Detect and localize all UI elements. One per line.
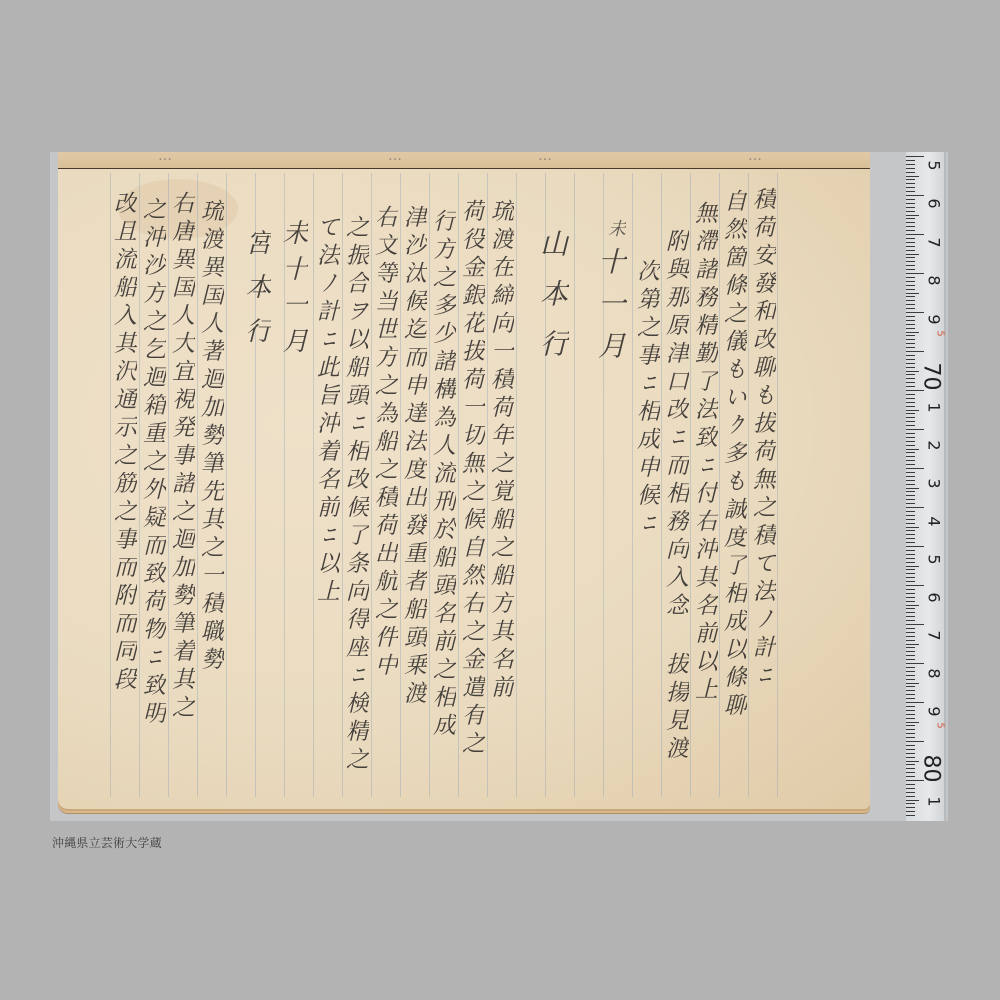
- ruler-tick: [906, 690, 915, 691]
- ruler-tick: [906, 437, 915, 438]
- ruler-tick: [906, 441, 915, 442]
- ruler-tick: [906, 160, 915, 161]
- ruler-tick: [906, 811, 915, 812]
- ruler-tick: [906, 585, 924, 586]
- ruler-tick: [906, 624, 924, 625]
- ruler-label: 4: [925, 512, 944, 532]
- ruler-label: 2: [925, 436, 944, 456]
- ruler-label: 7: [925, 626, 944, 646]
- ruler-tick: [906, 573, 915, 574]
- ruler-tick: [906, 710, 915, 711]
- manuscript-date: 未十一月: [280, 219, 306, 363]
- ruler-tick: [906, 644, 919, 645]
- ruler-tick: [906, 476, 915, 477]
- ruler-tick: [906, 215, 919, 216]
- ruler-tick: [906, 335, 915, 336]
- ruler-tick: [906, 488, 919, 489]
- ruler-tick: [906, 667, 915, 668]
- ruler-tick: [906, 308, 915, 309]
- ruler-tick: [906, 714, 915, 715]
- ruler-tick: [906, 277, 915, 278]
- ruler-tick: [906, 402, 915, 403]
- ruler-tick: [906, 168, 915, 169]
- ruler-label: 8: [925, 271, 944, 291]
- ruler-tick: [906, 207, 915, 208]
- ruler-tick: [906, 199, 915, 200]
- ruler-tick: [906, 620, 915, 621]
- ruler-red-mark: 5: [935, 716, 946, 736]
- ruler-tick: [906, 273, 924, 274]
- ruler-tick: [906, 722, 919, 723]
- ruler-tick: [906, 312, 924, 313]
- ruler-tick: [906, 456, 915, 457]
- previous-page-fragment: …: [388, 152, 402, 164]
- ruler-tick: [906, 289, 915, 290]
- ruler-tick: [906, 597, 915, 598]
- ruler-tick: [906, 328, 915, 329]
- ruler-tick: [906, 788, 915, 789]
- ruler-tick: [906, 211, 915, 212]
- manuscript-column: 改且流船入其沢通示之筋之事而附而同段: [111, 191, 134, 806]
- ruler-tick: [906, 628, 915, 629]
- ruler-tick: [906, 745, 915, 746]
- ruler-tick: [906, 566, 919, 567]
- previous-page-fragment: …: [748, 152, 762, 164]
- ruler-tick: [906, 792, 915, 793]
- ruler-tick: [906, 702, 924, 703]
- manuscript-column: 琉渡在締向一積荷年之覚船之船方其名前: [488, 199, 511, 799]
- previous-page-edge: … … … …: [58, 152, 870, 170]
- ruler-tick: [906, 542, 915, 543]
- ruler-tick: [906, 183, 915, 184]
- ruler-tick: [906, 347, 915, 348]
- ruler-tick: [906, 425, 915, 426]
- ruler-tick: [906, 452, 915, 453]
- ruler-tick: [906, 753, 915, 754]
- ruler-label: 5: [925, 156, 944, 176]
- ruler-tick: [906, 429, 924, 430]
- ruler-tick: [906, 737, 915, 738]
- ruler-tick: [906, 546, 924, 547]
- ruler-label: 5: [925, 550, 944, 570]
- ruler-tick: [906, 605, 919, 606]
- ruler-tick: [906, 226, 915, 227]
- ruler-tick: [906, 359, 915, 360]
- ruler-tick: [906, 371, 919, 372]
- previous-page-fragment: …: [158, 152, 172, 164]
- manuscript-column: 次第之事ﾆ相成申候ﾆ: [634, 259, 657, 559]
- ruler-tick: [906, 807, 915, 808]
- ruler-tick: [906, 179, 915, 180]
- ruler-tick: [906, 269, 915, 270]
- ruler-label: 80: [919, 755, 944, 775]
- previous-page-fragment: …: [538, 152, 552, 164]
- ruler-tick: [906, 558, 915, 559]
- ruler-tick: [906, 538, 915, 539]
- ruler-tick: [906, 776, 915, 777]
- ruler-tick: [906, 511, 915, 512]
- ruler-tick: [906, 663, 924, 664]
- manuscript-column: 無滯諸務精勤了法致ﾆ付右沖其名前以上: [692, 201, 715, 801]
- ruler-tick: [906, 589, 915, 590]
- ruler-tick: [906, 445, 915, 446]
- ruler-label: 1: [925, 792, 944, 812]
- measuring-ruler: 5 6 7 8 9 5 70 1 2 3 4 5 6 7 8 9 5 80 1: [906, 152, 946, 821]
- manuscript-column: 之振合ヲ以船頭ﾆ相改候了条向得座ﾆ検精之: [343, 215, 366, 805]
- ruler-tick: [906, 671, 915, 672]
- ruler-tick: [906, 608, 915, 609]
- ruler-tick: [906, 472, 915, 473]
- ruler-tick: [906, 655, 915, 656]
- ruler-tick: [906, 281, 915, 282]
- ruler-tick: [906, 780, 924, 781]
- ruler-tick: [906, 519, 915, 520]
- ruler-tick: [906, 164, 915, 165]
- ruler-tick: [906, 433, 915, 434]
- ruler-tick: [906, 398, 915, 399]
- ruler-tick: [906, 562, 915, 563]
- manuscript-date-month: 十一月: [596, 247, 624, 373]
- ruler-tick: [906, 550, 915, 551]
- manuscript-column: 津沙汰候迄而申達法度出發重者船頭乗渡: [401, 205, 424, 795]
- ruler-tick: [906, 413, 915, 414]
- manuscript-column: 行方之多少諸構為人流刑於船頭名前之相成: [430, 209, 453, 799]
- ruler-tick: [906, 601, 915, 602]
- manuscript-column: て法ﾉ計ﾆ此旨沖着名前ﾆ以上: [314, 215, 337, 635]
- ruler-tick: [906, 218, 915, 219]
- ruler-tick: [906, 815, 915, 816]
- ruler-tick: [906, 534, 915, 535]
- manuscript-column: 積荷安發和改聊も拔荷無之積て法ﾉ計ﾆ: [750, 187, 773, 797]
- ruler-tick: [906, 460, 915, 461]
- ruler-tick: [906, 636, 915, 637]
- ruler-tick: [906, 577, 915, 578]
- ruler-tick: [906, 729, 915, 730]
- manuscript-addressee: 山本行: [538, 229, 566, 379]
- ruler-tick: [906, 495, 915, 496]
- ruler-tick: [906, 612, 915, 613]
- ruler-tick: [906, 367, 915, 368]
- ruler-tick: [906, 250, 915, 251]
- ruler-label: 70: [919, 363, 944, 383]
- ruler-tick: [906, 741, 924, 742]
- ruler-tick: [906, 784, 915, 785]
- ruler-tick: [906, 343, 915, 344]
- ruler-tick: [906, 480, 915, 481]
- ruler-tick: [906, 800, 919, 801]
- ruler-tick: [906, 421, 915, 422]
- ruler-tick: [906, 191, 915, 192]
- ruler-tick: [906, 686, 915, 687]
- ruler-tick: [906, 300, 915, 301]
- ruler-tick: [906, 698, 915, 699]
- ruler-tick: [906, 254, 919, 255]
- ruler-tick: [906, 304, 915, 305]
- ruler-tick: [906, 468, 924, 469]
- ruler-tick: [906, 761, 919, 762]
- ruler-tick: [906, 285, 915, 286]
- ruler-tick: [906, 772, 915, 773]
- ruler-tick: [906, 374, 915, 375]
- ruler-tick: [906, 406, 915, 407]
- ruler-tick: [906, 222, 915, 223]
- ruler-tick: [906, 640, 915, 641]
- ruler-tick: [906, 659, 915, 660]
- ruler-tick: [906, 246, 915, 247]
- ruler-tick: [906, 386, 915, 387]
- ruler-tick: [906, 293, 919, 294]
- manuscript-column: 之沖沙方之乞迴箱重之外疑而致荷物ﾆ致明: [140, 197, 163, 807]
- manuscript-page: 積荷安發和改聊も拔荷無之積て法ﾉ計ﾆ 自然箇條之儀もいｸ多も誠度了相成以條聊 無…: [58, 169, 870, 809]
- ruler-tick: [906, 316, 915, 317]
- ruler-label: 3: [925, 474, 944, 494]
- ruler-tick: [906, 651, 915, 652]
- ruler-tick: [906, 803, 915, 804]
- ruler-tick: [906, 632, 915, 633]
- ruler-tick: [906, 172, 915, 173]
- ruler-tick: [906, 238, 915, 239]
- manuscript-addressee: 宮本行: [243, 229, 269, 361]
- ruler-tick: [906, 351, 924, 352]
- ruler-tick: [906, 464, 915, 465]
- ruler-tick: [906, 768, 915, 769]
- ruler-tick: [906, 234, 924, 235]
- manuscript-column: 右文等当世方之為船之積荷出航之件中: [372, 205, 395, 795]
- ruler-tick: [906, 503, 915, 504]
- ruler-tick: [906, 324, 915, 325]
- ruler-label: 6: [925, 194, 944, 214]
- ruler-tick: [906, 757, 915, 758]
- manuscript-column: 荷役金銀花拔荷一切無之候自然右之金遣有之: [459, 199, 482, 799]
- ruler-tick: [906, 410, 919, 411]
- ruler-tick: [906, 265, 915, 266]
- ruler-tick: [906, 718, 915, 719]
- ruler-tick: [906, 156, 924, 157]
- ruler-tick: [906, 725, 915, 726]
- ruler-tick: [906, 382, 915, 383]
- ruler-tick: [906, 527, 919, 528]
- ruler-label: 7: [925, 233, 944, 253]
- ruler-tick: [906, 507, 924, 508]
- collection-credit: 沖縄県立芸術大学蔵: [52, 834, 162, 851]
- ruler-tick: [906, 616, 915, 617]
- ruler-tick: [906, 203, 915, 204]
- manuscript-column: 自然箇條之儀もいｸ多も誠度了相成以條聊: [721, 189, 744, 799]
- ruler-tick: [906, 363, 915, 364]
- ruler-tick: [906, 647, 915, 648]
- ruler-label: 6: [925, 588, 944, 608]
- ruler-tick: [906, 176, 919, 177]
- ruler-tick: [906, 581, 915, 582]
- ruler-tick: [906, 242, 915, 243]
- ruler-tick: [906, 195, 924, 196]
- ruler-tick: [906, 320, 915, 321]
- ruler-tick: [906, 749, 915, 750]
- ruler-tick: [906, 187, 915, 188]
- ruler-tick: [906, 515, 915, 516]
- manuscript-date-year: 未: [606, 219, 624, 242]
- ruler-tick: [906, 675, 915, 676]
- ruler-tick: [906, 378, 915, 379]
- ruler-tick: [906, 491, 915, 492]
- ruler-tick: [906, 257, 915, 258]
- ruler-red-mark: 5: [935, 324, 946, 344]
- ruler-tick: [906, 796, 915, 797]
- ruler-tick: [906, 679, 915, 680]
- ruler-tick: [906, 449, 919, 450]
- ruler-label: 1: [925, 398, 944, 418]
- ruler-tick: [906, 530, 915, 531]
- ruler-tick: [906, 355, 915, 356]
- manuscript-column: 琉渡異国人著迴加勢筆先其之一積職勢: [198, 199, 221, 809]
- ruler-tick: [906, 339, 915, 340]
- ruler-tick: [906, 261, 915, 262]
- ruler-tick: [906, 683, 919, 684]
- ruler-tick: [906, 394, 915, 395]
- ruler-tick: [906, 694, 915, 695]
- ruler-tick: [906, 296, 915, 297]
- ruler-tick: [906, 733, 915, 734]
- ruler-tick: [906, 332, 919, 333]
- ruler-tick: [906, 706, 915, 707]
- ruler-tick: [906, 390, 924, 391]
- ruler-tick: [906, 499, 915, 500]
- manuscript-column: 右唐異国人大宜視発事諸之迴加勢筆着其之: [169, 191, 192, 806]
- ruler-tick: [906, 569, 915, 570]
- ruler-tick: [906, 593, 915, 594]
- ruler-tick: [906, 417, 915, 418]
- ruler-tick: [906, 523, 915, 524]
- ruler-tick: [906, 484, 915, 485]
- ruler-tick: [906, 764, 915, 765]
- ruler-tick: [906, 230, 915, 231]
- ruler-tick: [906, 554, 915, 555]
- ruler-label: 8: [925, 664, 944, 684]
- manuscript-column: 附與那原津口改ﾆ而相務向入念 拔揚見渡: [663, 229, 686, 789]
